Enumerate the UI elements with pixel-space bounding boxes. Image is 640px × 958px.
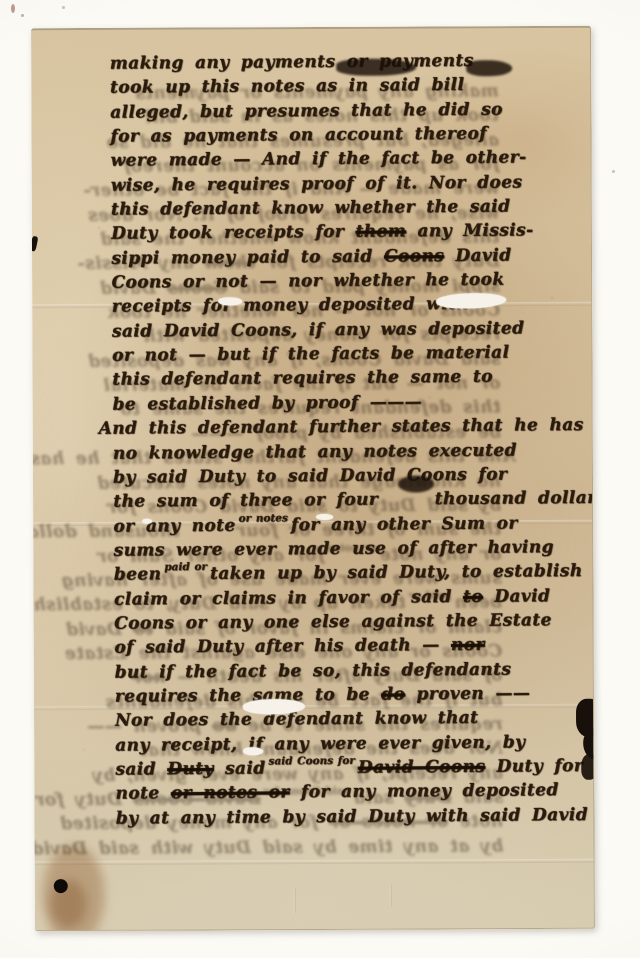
manuscript-word: making any payments or payments [110,51,474,74]
interlinear-insertion: said Coons for [268,755,354,768]
manuscript-line: receipts for money deposited with [112,291,584,319]
manuscript-word: Coons or not — nor whether he took [112,270,505,293]
ink-dot [398,475,434,492]
manuscript-word: no knowledge that any notes executed [113,440,517,463]
manuscript-line: this defendant know whether the said [111,194,583,222]
manuscript-line: said David Coons, if any was deposited [112,316,584,344]
manuscript-word: by at any time by said Duty with said Da… [116,805,588,829]
manuscript-word: or any note [113,515,235,536]
manuscript-word: Coons or any one else against the Estate [114,610,552,633]
ink-smear [466,60,512,76]
interlinear-insertion: or notes [239,512,288,524]
manuscript-line: claim or claims in favor of said to Davi… [114,584,586,612]
manuscript-word: any receipt, if any were ever given, by [115,732,525,755]
manuscript-word: been [114,565,162,585]
manuscript-line: took up this notes as in said bill [110,72,582,100]
fold-crease-vertical [294,887,296,913]
manuscript-word: David [483,586,550,607]
manuscript-line: And this defendant further states that h… [99,413,585,441]
struck-word: nor [451,635,485,655]
manuscript-word: of said Duty after his death — [114,635,451,658]
manuscript-word: wise, he requires proof of it. Nor does [111,172,523,195]
damage-patch [243,747,263,755]
manuscript-word: Duty took receipts for [111,222,355,244]
scanned-page: making any payments or paymentstook up t… [0,0,640,958]
manuscript-line: by at any time by said Duty with said Da… [31,834,503,861]
interlinear-insertion: paid or [164,561,207,573]
manuscript-word: or not — but if the facts be material [112,343,509,366]
manuscript-line: Duty took receipts for them any Missis- [111,218,583,246]
manuscript-line: note or notes or for any money deposited [116,778,588,806]
manuscript-line: or not — but if the facts be material [112,340,584,368]
manuscript-line: Coons or any one else against the Estate [114,608,586,636]
damage-patch [316,514,333,520]
manuscript-line: Nor does the defendant know that [115,705,587,733]
manuscript-word: David [444,245,511,266]
manuscript-word: said [115,759,167,779]
manuscript-line: no knowledge that any notes executed [113,437,585,465]
manuscript-word: took up this notes as in said bill [110,75,465,98]
manuscript-line: wise, he requires proof of it. Nor does [111,170,583,198]
manuscript-line: were made — And if the fact be other- [111,145,583,173]
manuscript-line: this defendant requires the same to [112,364,584,392]
manuscript-word: but if the fact be so, this defendants [115,659,512,682]
manuscript-word: for as payments on account thereof [110,124,487,147]
manuscript-word: said David Coons, if any was deposited [112,318,525,341]
manuscript-line: requires the same to be do proven —— [115,681,587,709]
ink-smear [336,59,416,76]
struck-word: do [381,684,405,704]
manuscript-line: for as payments on account thereof [110,121,582,149]
manuscript-line: said Duty saidsaid Coons forDavid Coons … [115,754,587,782]
ink-dot-bottom-left [54,879,68,893]
struck-word: Duty [167,759,214,779]
manuscript-line: by at any time by said Duty with said Da… [116,803,588,831]
manuscript-word: be established by proof ——— [112,392,422,414]
damage-patch [218,297,242,305]
manuscript-word: the sum of three or four thousand dollar… [113,488,595,512]
manuscript-paper: making any payments or paymentstook up t… [31,26,595,931]
manuscript-line: beenpaid ortaken up by said Duty, to est… [114,559,586,587]
manuscript-line: alleged, but presumes that he did so [110,97,582,125]
fold-crease-vertical [390,885,392,907]
manuscript-word: were made — And if the fact be other- [111,148,527,171]
struck-word: Coons [384,246,444,266]
manuscript-line: of said Duty after his death — nor [114,632,586,660]
manuscript-line: any receipt, if any were ever given, by [115,730,587,758]
struck-word: them [355,222,406,242]
manuscript-line: be established by proof ——— [112,389,584,417]
damage-patch [142,519,152,524]
manuscript-line: by said Duty to said David Coons for [113,462,585,490]
scanner-speck [11,4,15,13]
manuscript-line: Coons or not — nor whether he took [111,267,583,295]
manuscript-word: by said Duty to said David Coons for [113,464,507,487]
manuscript-word: alleged, but presumes that he did so [110,99,503,122]
scanner-speck [612,170,615,173]
manuscript-line: but if the fact be so, this defendants [115,657,587,685]
manuscript-line: sums were ever made use of after having [114,535,586,563]
manuscript-word: Duty for any [485,756,595,777]
scanner-speck [62,6,65,9]
manuscript-word: this defendant know whether the said [111,197,511,220]
scanner-speck [21,14,24,17]
manuscript-word: this defendant requires the same to [112,367,493,390]
manuscript-word: any Missis- [406,221,534,242]
manuscript-word: receipts for money deposited with [112,294,470,317]
manuscript-word: note [116,784,171,804]
ink-blot-right-edge [581,754,595,780]
manuscript-word: for any money deposited [290,781,559,803]
struck-word: David Coons [358,757,486,778]
manuscript-word: said [214,758,266,778]
manuscript-word: taken up by said Duty, to establish any [210,561,595,584]
manuscript-word: And this defendant further states that h… [99,415,584,439]
manuscript-word: sums were ever made use of after having [114,537,554,560]
manuscript-word: proven —— [405,683,530,704]
manuscript-word: sippi money paid to said [111,246,384,268]
struck-word: to [463,586,483,606]
manuscript-line: or any noteor notesfor any other Sum or [113,511,585,539]
manuscript-line: sippi money paid to said Coons David [111,243,583,271]
manuscript-word: by at any time by said Duty with said Da… [31,836,503,859]
manuscript-line: the sum of three or four thousand dollar… [113,486,585,514]
manuscript-text: making any payments or paymentstook up t… [110,48,588,831]
manuscript-word: claim or claims in favor of said [114,587,463,610]
struck-word: or notes or [171,783,290,804]
